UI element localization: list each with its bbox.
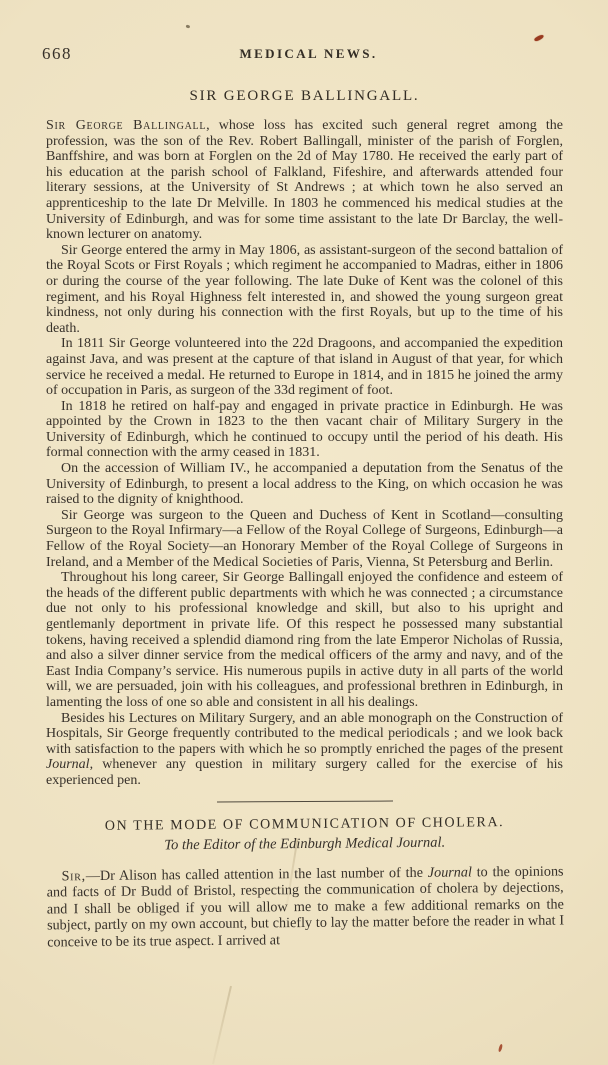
obituary-article: SIR GEORGE BALLINGALL. Sir George Ballin… (46, 88, 563, 789)
letter-subtitle: To the Editor of the Edinburgh Medical J… (46, 833, 563, 855)
letter-paragraph: Sir,—Dr Alison has called attention in t… (46, 863, 564, 950)
section-divider (216, 800, 392, 802)
salutation-smallcaps: Sir, (61, 868, 85, 884)
paragraph: On the accession of William IV., he acco… (46, 461, 563, 508)
journal-page: 668 MEDICAL NEWS. SIR GEORGE BALLINGALL.… (0, 0, 608, 1065)
letter-body: Sir,—Dr Alison has called attention in t… (46, 863, 564, 950)
obituary-heading: SIR GEORGE BALLINGALL. (46, 88, 563, 105)
cholera-letter-section: ON THE MODE OF COMMUNICATION OF CHOLERA.… (46, 814, 564, 950)
red-ink-speck-bottom (498, 1044, 503, 1053)
page-number: 668 (42, 44, 72, 64)
paragraph: Sir George entered the army in May 1806,… (46, 243, 563, 337)
paragraph: Throughout his long career, Sir George B… (46, 570, 563, 710)
paragraph: In 1818 he retired on half-pay and engag… (46, 399, 563, 461)
paragraph-text: , whose loss has excited such general re… (46, 118, 563, 242)
journal-name-italic: Journal (428, 864, 472, 880)
paragraph-text: , whenever any question in military surg… (46, 757, 563, 788)
paragraph: Sir George Ballingall, whose loss has ex… (46, 118, 563, 243)
running-title: MEDICAL NEWS. (46, 46, 563, 62)
paragraph: In 1811 Sir George volunteered into the … (46, 336, 563, 398)
paper-crease-lower (212, 986, 231, 1064)
page-header: 668 MEDICAL NEWS. (46, 46, 563, 65)
red-ink-speck-top (534, 34, 545, 42)
letter-heading: ON THE MODE OF COMMUNICATION OF CHOLERA. (46, 814, 563, 835)
journal-name-italic: Journal (46, 757, 90, 772)
dark-speck (186, 25, 191, 28)
paragraph-text: Besides his Lectures on Military Surgery… (46, 711, 563, 757)
obituary-body: Sir George Ballingall, whose loss has ex… (46, 118, 563, 789)
paragraph: Besides his Lectures on Military Surgery… (46, 711, 563, 789)
paragraph: Sir George was surgeon to the Queen and … (46, 508, 563, 570)
name-smallcaps: Sir George Ballingall (46, 118, 206, 133)
